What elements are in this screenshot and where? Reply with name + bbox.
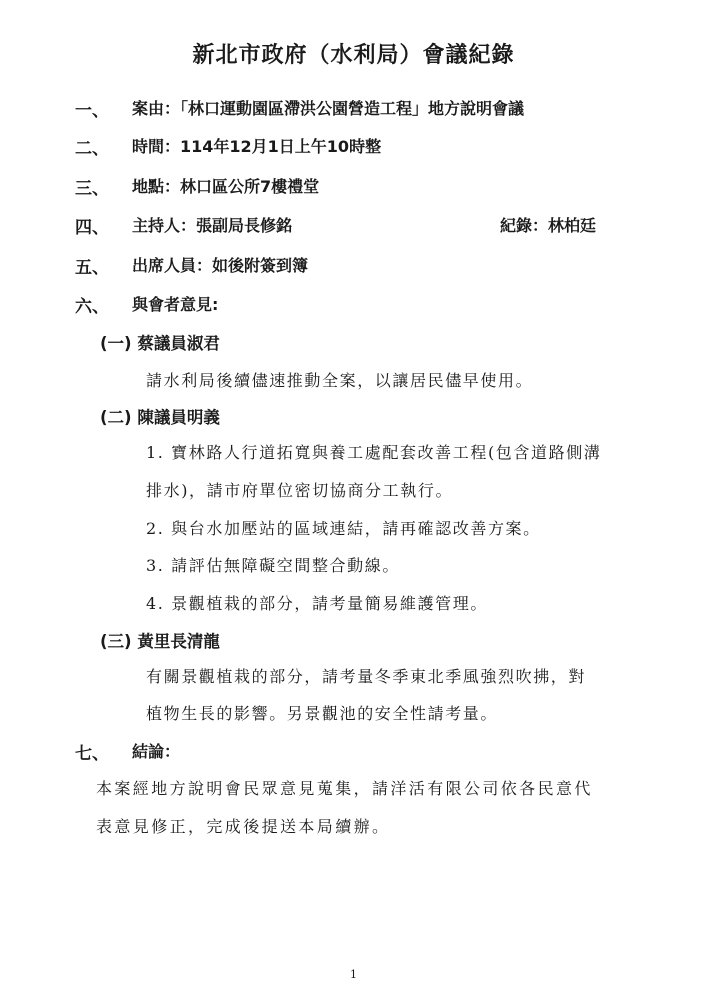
section-chair: 主持人：張副局長修銘 bbox=[132, 213, 292, 236]
section-subject: 案由：「林口運動園區滯洪公園營造工程」地方說明會議 bbox=[132, 96, 524, 119]
speaker-heading: (三) 黃里長清龍 bbox=[100, 628, 220, 652]
section-attendees: 出席人員：如後附簽到簿 bbox=[132, 253, 308, 276]
recorder: 紀錄：林柏廷 bbox=[500, 213, 596, 236]
opinion-line: 3. 請評估無障礙空間整合動線。 bbox=[146, 553, 400, 576]
section-number: 二、 bbox=[75, 134, 109, 159]
opinion-line: 植物生長的影響。另景觀池的安全性請考量。 bbox=[146, 701, 498, 724]
speaker-heading: (一) 蔡議員淑君 bbox=[100, 330, 220, 354]
opinion-line: 1. 寶林路人行道拓寬與養工處配套改善工程(包含道路側溝 bbox=[146, 440, 601, 463]
page-number: 1 bbox=[0, 968, 707, 981]
section-number: 四、 bbox=[75, 213, 109, 238]
section-location: 地點：林口區公所7樓禮堂 bbox=[132, 174, 319, 197]
speaker-heading: (二) 陳議員明義 bbox=[100, 404, 220, 428]
section-number: 七、 bbox=[75, 739, 109, 764]
conclusion-line: 表意見修正，完成後提送本局續辦。 bbox=[96, 814, 390, 837]
opinion-line: 排水)，請市府單位密切協商分工執行。 bbox=[146, 478, 453, 501]
section-number: 一、 bbox=[75, 96, 109, 121]
section-number: 六、 bbox=[75, 292, 109, 317]
opinion-line: 4. 景觀植栽的部分，請考量簡易維護管理。 bbox=[146, 591, 488, 614]
section-number: 三、 bbox=[75, 174, 109, 199]
conclusion-line: 本案經地方說明會民眾意見蒐集，請洋活有限公司依各民意代 bbox=[96, 776, 593, 799]
section-conclusion: 結論： bbox=[132, 739, 180, 762]
opinion-line: 請水利局後續儘速推動全案，以讓居民儘早使用。 bbox=[146, 368, 533, 391]
section-opinions: 與會者意見: bbox=[132, 292, 218, 315]
section-number: 五、 bbox=[75, 253, 109, 278]
page-title: 新北市政府（水利局）會議紀錄 bbox=[0, 38, 707, 69]
section-time: 時間：114年12月1日上午10時整 bbox=[132, 134, 381, 157]
opinion-line: 有關景觀植栽的部分，請考量冬季東北季風強烈吹拂，對 bbox=[146, 664, 586, 687]
opinion-line: 2. 與台水加壓站的區域連結，請再確認改善方案。 bbox=[146, 516, 541, 539]
